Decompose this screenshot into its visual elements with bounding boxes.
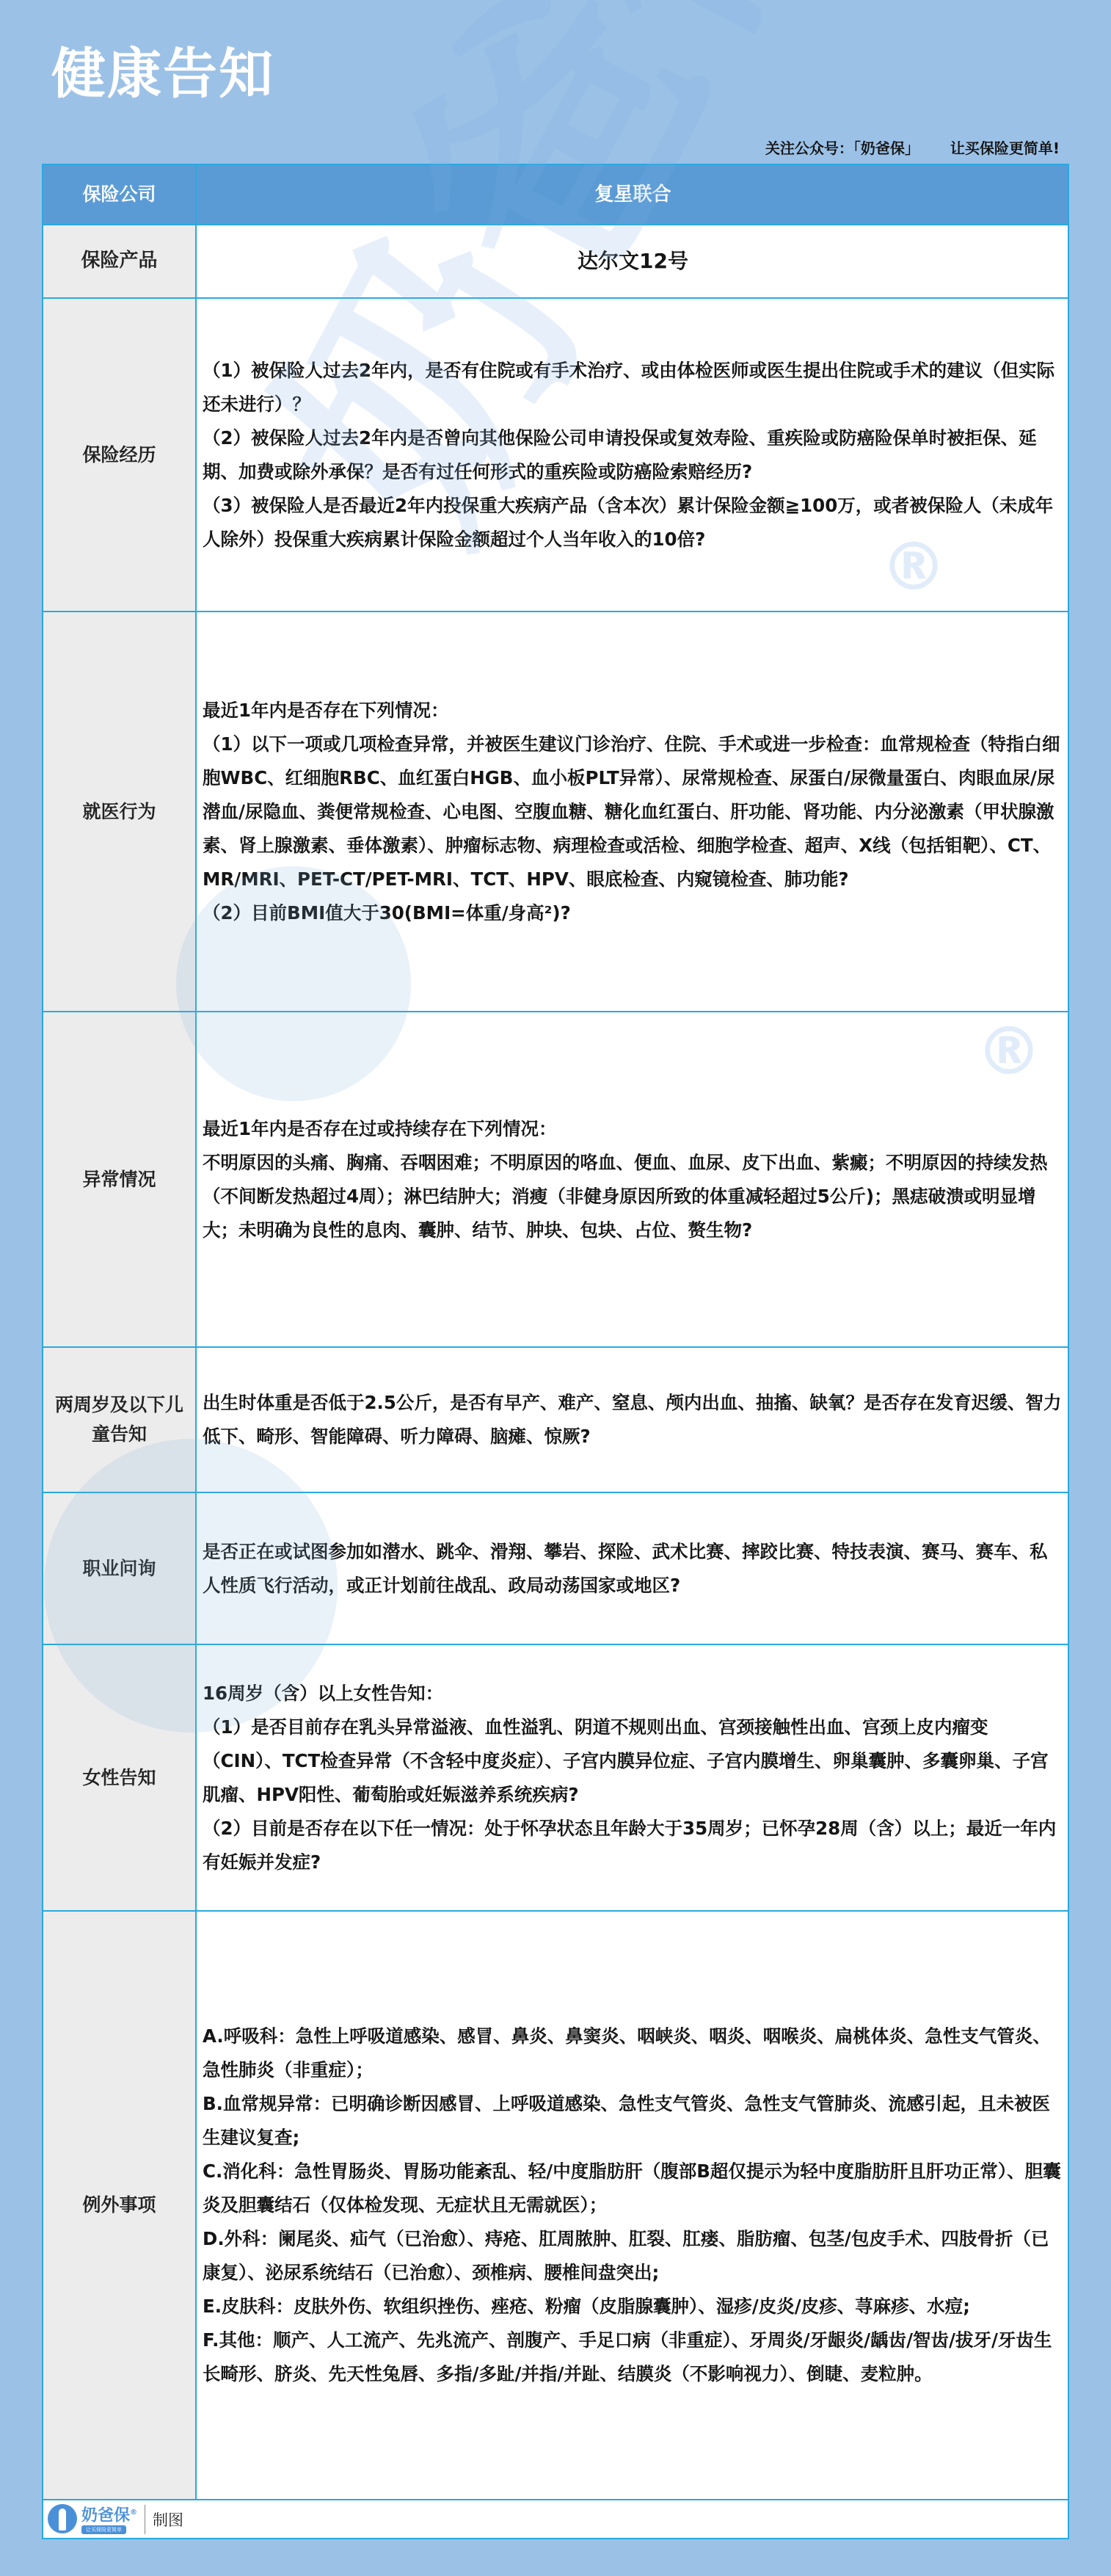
row-content: A.呼吸科：急性上呼吸道感染、感冒、鼻炎、鼻窦炎、咽峡炎、咽炎、咽喉炎、扁桃体炎…: [197, 1912, 1068, 2499]
row-abnormal-conditions: 异常情况 最近1年内是否存在过或持续存在下列情况： 不明原因的头痛、胸痛、吞咽困…: [43, 1011, 1068, 1346]
insurer-value: 复星联合: [197, 165, 1068, 224]
row-label: 女性告知: [43, 1645, 197, 1910]
row-insurance-history: 保险经历 （1）被保险人过去2年内，是否有住院或有手术治疗、或由体检医师或医生提…: [43, 297, 1068, 611]
footer: 奶爸保® 让买保险更简单 制图: [43, 2499, 1068, 2538]
row-content: 最近1年内是否存在过或持续存在下列情况： 不明原因的头痛、胸痛、吞咽困难；不明原…: [197, 1012, 1068, 1346]
row-label: 异常情况: [43, 1012, 197, 1346]
product-value: 达尔文12号: [197, 225, 1068, 297]
insurer-label: 保险公司: [43, 165, 197, 224]
made-by-label: 制图: [153, 2508, 183, 2530]
row-content: 出生时体重是否低于2.5公斤，是否有早产、难产、窒息、颅内出血、抽搐、缺氧？是否…: [197, 1348, 1068, 1492]
row-child-notice: 两周岁及以下儿童告知 出生时体重是否低于2.5公斤，是否有早产、难产、窒息、颅内…: [43, 1346, 1068, 1492]
row-female-notice: 女性告知 16周岁（含）以上女性告知： （1）是否目前存在乳头异常溢液、血性溢乳…: [43, 1644, 1068, 1910]
health-notice-table: 保险公司 复星联合 保险产品 达尔文12号 保险经历 （1）被保险人过去2年内，…: [42, 164, 1069, 2539]
row-label: 两周岁及以下儿童告知: [43, 1348, 197, 1492]
row-label: 职业问询: [43, 1493, 197, 1644]
tagline-text: 让买保险更简单!: [950, 137, 1060, 158]
divider: [145, 2505, 145, 2534]
slogan: 关注公众号：「奶爸保」 让买保险更简单!: [765, 137, 1060, 158]
row-label: 例外事项: [43, 1912, 197, 2499]
follow-text: 关注公众号：「奶爸保」: [765, 137, 919, 158]
row-occupation: 职业问询 是否正在或试图参加如潜水、跳伞、滑翔、攀岩、探险、武术比赛、摔跤比赛、…: [43, 1492, 1068, 1644]
row-exceptions: 例外事项 A.呼吸科：急性上呼吸道感染、感冒、鼻炎、鼻窦炎、咽峡炎、咽炎、咽喉炎…: [43, 1910, 1068, 2499]
row-content: 16周岁（含）以上女性告知： （1）是否目前存在乳头异常溢液、血性溢乳、阴道不规…: [197, 1645, 1068, 1910]
row-content: 最近1年内是否存在下列情况： （1）以下一项或几项检查异常，并被医生建议门诊治疗…: [197, 612, 1068, 1011]
row-label: 就医行为: [43, 612, 197, 1011]
parent-child-icon: [48, 2504, 77, 2533]
row-medical-behavior: 就医行为 最近1年内是否存在下列情况： （1）以下一项或几项检查异常，并被医生建…: [43, 611, 1068, 1011]
row-content: （1）被保险人过去2年内，是否有住院或有手术治疗、或由体检医师或医生提出住院或手…: [197, 299, 1068, 611]
row-content: 是否正在或试图参加如潜水、跳伞、滑翔、攀岩、探险、武术比赛、摔跤比赛、特技表演、…: [197, 1493, 1068, 1644]
brand-logo: 奶爸保® 让买保险更简单: [48, 2504, 137, 2533]
row-label: 保险经历: [43, 299, 197, 611]
product-label: 保险产品: [43, 225, 197, 297]
logo-name: 奶爸保®: [81, 2504, 137, 2525]
logo-tagline: 让买保险更简单: [81, 2525, 126, 2534]
row-insurer: 保险公司 复星联合: [43, 165, 1068, 224]
page-title: 健康告知: [51, 31, 274, 109]
row-product: 保险产品 达尔文12号: [43, 224, 1068, 297]
